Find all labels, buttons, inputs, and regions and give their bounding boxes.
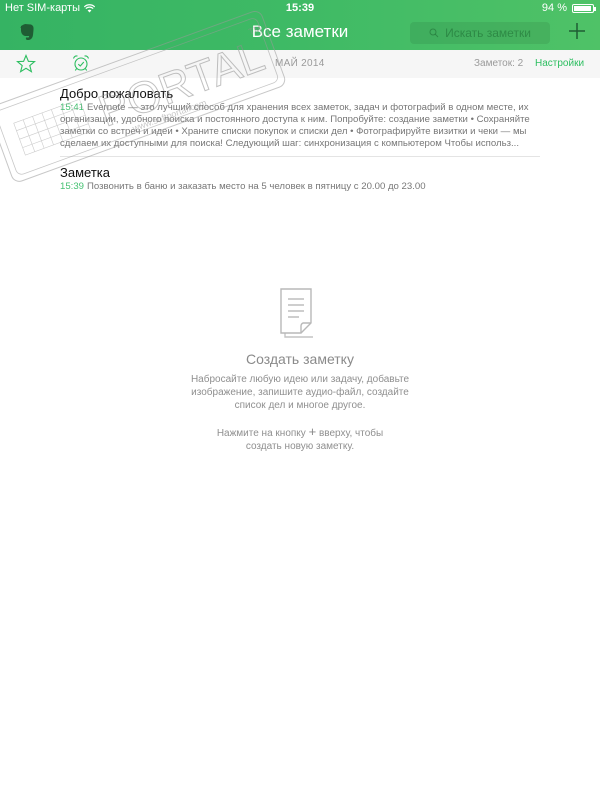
list-item[interactable]: Заметка 15:39Позвонить в баню и заказать…	[60, 165, 540, 193]
note-time: 15:41	[60, 102, 84, 113]
search-placeholder: Искать заметки	[445, 26, 531, 40]
hint-text-start: Нажмите на кнопку	[217, 428, 306, 439]
note-title: Добро пожаловать	[60, 86, 540, 101]
empty-state-title: Создать заметку	[150, 351, 450, 367]
empty-state-hint: Нажмите на кнопку + вверху, чтобы создат…	[150, 425, 450, 453]
divider	[60, 156, 540, 157]
note-count: Заметок: 2	[474, 58, 523, 69]
add-note-button[interactable]	[566, 20, 588, 42]
month-label: МАЙ 2014	[275, 58, 325, 69]
status-time: 15:39	[0, 2, 600, 14]
star-icon[interactable]	[16, 54, 36, 74]
status-bar: Нет SIM-карты 15:39 94 %	[0, 0, 600, 16]
note-snippet-text: Evernote — это лучший способ для хранени…	[60, 102, 530, 149]
battery-indicator: 94 %	[542, 2, 594, 14]
note-time: 15:39	[60, 181, 84, 192]
empty-state: Создать заметку Набросайте любую идею ил…	[150, 287, 450, 453]
search-input[interactable]: Искать заметки	[410, 22, 550, 44]
battery-icon	[572, 4, 594, 13]
notes-toolbar: МАЙ 2014 Заметок: 2 Настройки	[0, 50, 600, 78]
note-snippet: 15:41Evernote — это лучший способ для хр…	[60, 102, 540, 150]
note-document-icon	[279, 287, 321, 339]
settings-link[interactable]: Настройки	[535, 58, 584, 69]
empty-state-text: Набросайте любую идею или задачу, добавь…	[150, 373, 450, 412]
list-item[interactable]: Добро пожаловать 15:41Evernote — это луч…	[60, 86, 540, 150]
alarm-clock-icon[interactable]	[72, 54, 90, 72]
app-header: Нет SIM-карты 15:39 94 % Все заметки Иск…	[0, 0, 600, 50]
search-icon	[429, 28, 439, 38]
note-snippet-text: Позвонить в баню и заказать место на 5 ч…	[87, 181, 426, 192]
plus-icon: +	[309, 424, 317, 439]
battery-percent: 94 %	[542, 2, 567, 14]
note-snippet: 15:39Позвонить в баню и заказать место н…	[60, 181, 540, 193]
note-title: Заметка	[60, 165, 540, 180]
notes-list: Добро пожаловать 15:41Evernote — это луч…	[60, 86, 540, 193]
